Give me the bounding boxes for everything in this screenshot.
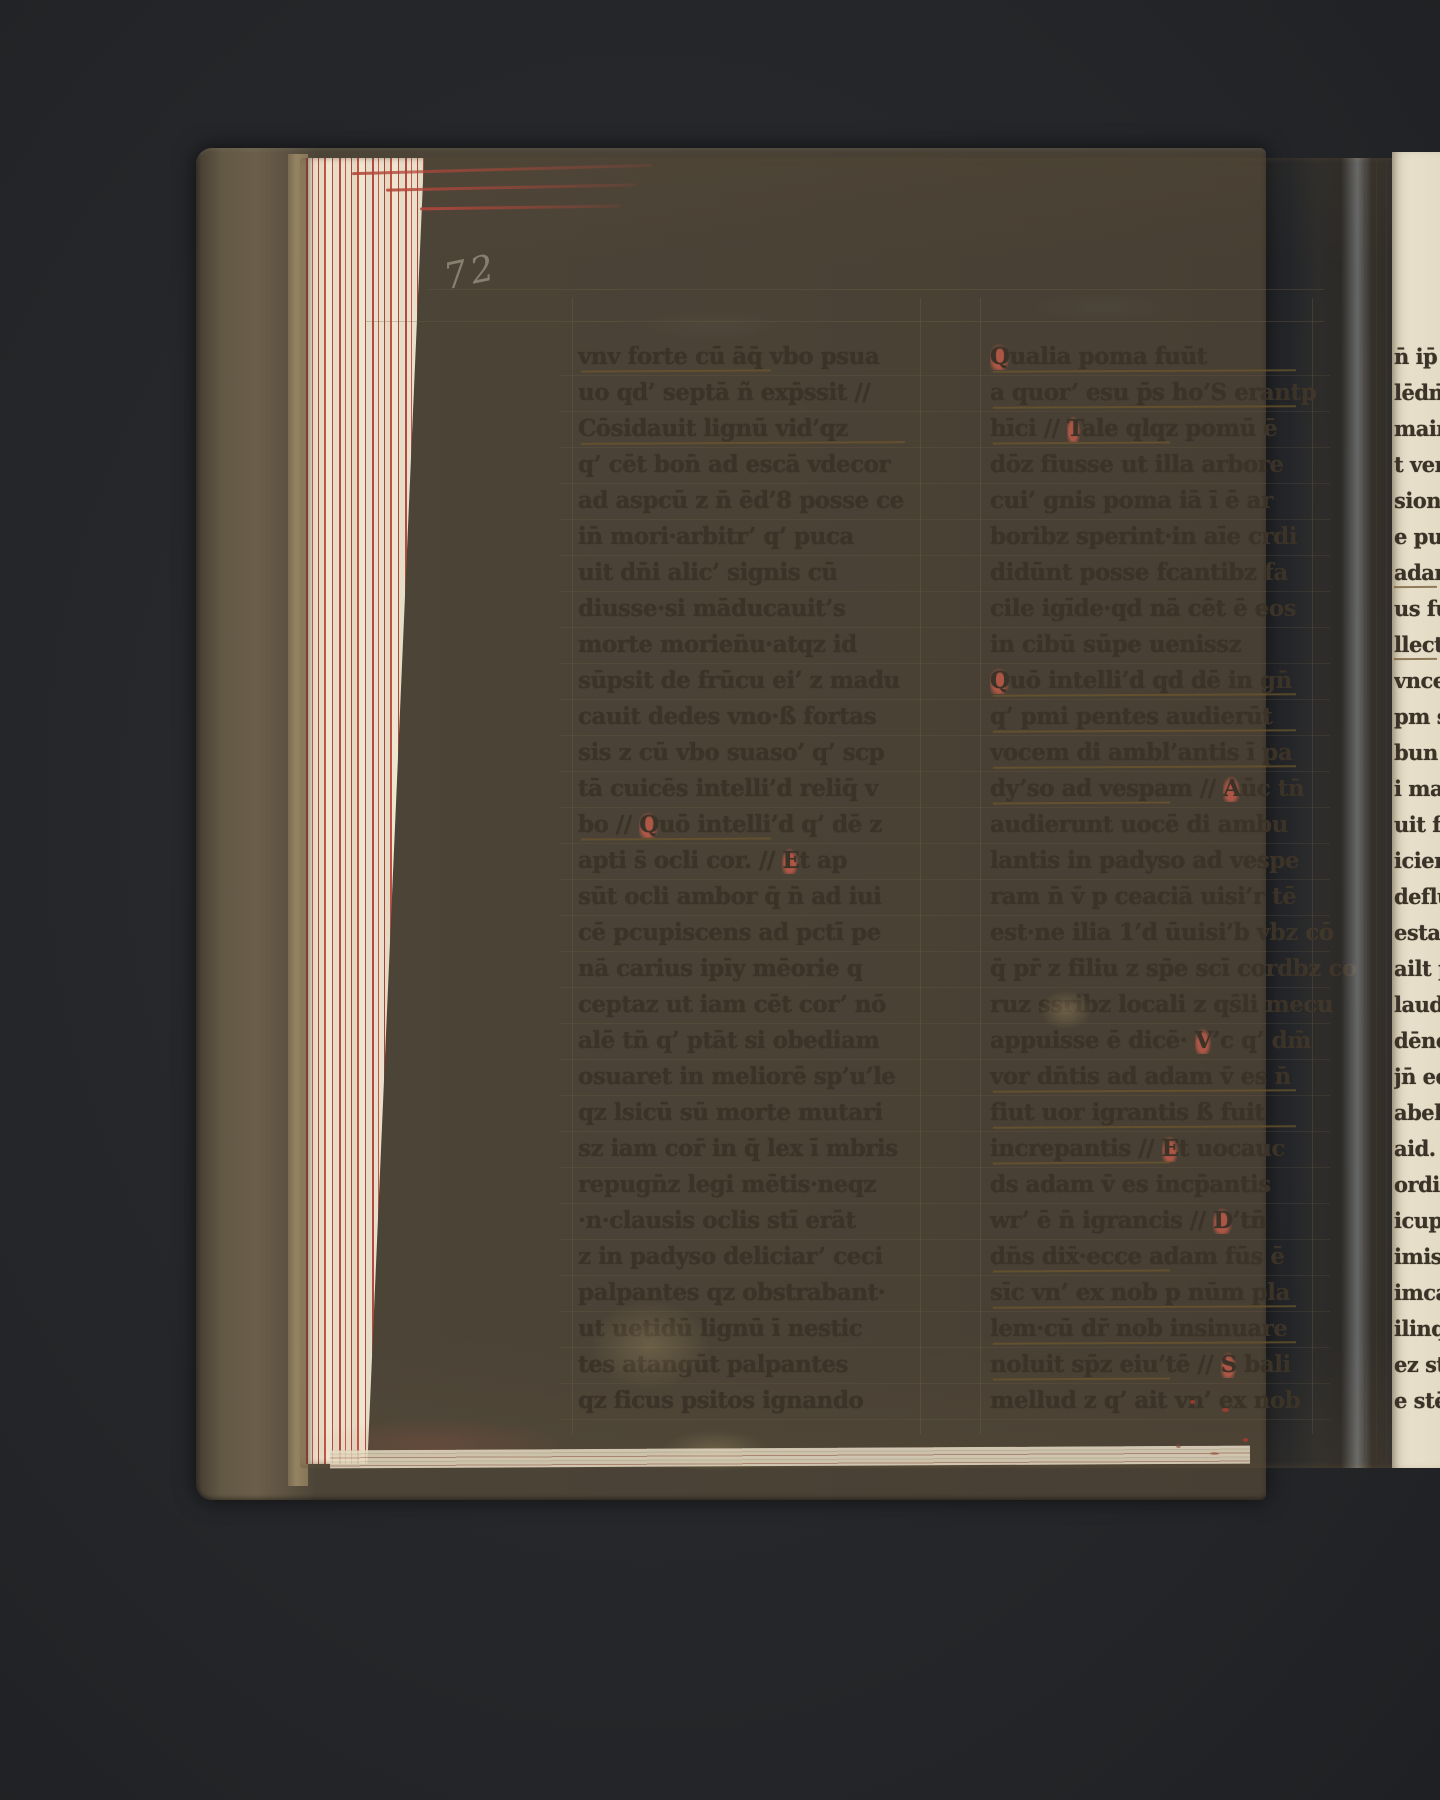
text-line: est·ne ilia 1’d ūuisi’b vbz cō [990,916,1312,952]
text-line: vnce [1394,664,1440,700]
text-line: sz iam cor̄ in q̄ lex ī mbris [578,1132,923,1168]
text-line: abello [1394,1096,1440,1132]
red-edge-mark [1190,1400,1195,1404]
text-line: uo qd’ septā ñ exp̄ssit // [578,376,923,412]
text-line: Qualia poma fuūt [990,340,1312,376]
text-column-right: Qualia poma fuūta quor’ esu p̄s ho’S era… [990,340,1312,1420]
text-line: ez st [1394,1348,1440,1384]
text-line: audierunt uocē di ambu [990,808,1312,844]
text-line: llectu [1394,628,1440,664]
text-line: ailt ph [1394,952,1440,988]
text-line: imis [1394,1240,1440,1276]
text-line: ds adam v̄ es incp̄antis [990,1168,1312,1204]
text-line: ut uetidū lignū ī nestic [578,1312,923,1348]
text-line: tā cuicēs intelli’d reliq̄ v [578,772,923,808]
text-line: estau [1394,916,1440,952]
text-line: ruz ssribz locali z qs̄li mecu [990,988,1312,1024]
text-line: icupie [1394,1204,1440,1240]
text-line: dy’so ad vespam // Aūc tn̄ [990,772,1312,808]
text-line: qz ficus psitos ignando [578,1384,923,1420]
text-line: diusse·si māducauit’s [578,592,923,628]
text-line: vor dn̄tis ad adam v̄ es n̄ [990,1060,1312,1096]
text-line: increpantis // Et uocauc [990,1132,1312,1168]
text-line: lem·cū dr̄ nob insinuare [990,1312,1312,1348]
text-line: ·n·clausis oclis stī erāt [578,1204,923,1240]
leaf-edge-line [1364,162,1365,1462]
text-line: e stē [1394,1384,1440,1420]
text-line: Quō intelli’d qd dē in gn̄ [990,664,1312,700]
ruling-line-vertical [572,298,573,1434]
text-line: noluit sp̄z eiu’tē // S bali [990,1348,1312,1384]
text-line: apti s̄ ocli cor. // Et ap [578,844,923,880]
text-line: t ven [1394,448,1440,484]
text-line: palpantes qz obstrabant· [578,1276,923,1312]
text-line: cui’ gnis poma iā ī ē ar [990,484,1312,520]
ruling-line-horizontal [366,321,1324,322]
text-line: lantis in padyso ad vespe [990,844,1312,880]
text-line: ad aspcū z n̄ ēd’8 posse ce [578,484,923,520]
red-edge-mark [1176,1444,1181,1448]
text-line: hīci // Tale qlqz pomū ē [990,412,1312,448]
red-edge-mark [1243,1438,1248,1442]
text-line: ceptaz ut iam cēt cor’ nō [578,988,923,1024]
text-line: sīc vn’ ex nob p nūm pla [990,1276,1312,1312]
manuscript-photo: 72 vnv forte cū āq̄ vbo psuauo qd’ septā… [0,0,1440,1800]
text-line: sūpsit de frūcu ei’ z madu [578,664,923,700]
text-line: dēne [1394,1024,1440,1060]
text-line: vocem di ambl’antis ī pa [990,736,1312,772]
text-line: Cōsidauit lignū vid’qz [578,412,923,448]
ruling-line-horizontal [428,289,1324,290]
text-line: nā carius ipīy mēorie q [578,952,923,988]
text-line: n̄ ip̄ [1394,340,1440,376]
text-line: cile igīde·qd nā cēt ē eos [990,592,1312,628]
text-line: us fu [1394,592,1440,628]
text-line: iciend [1394,844,1440,880]
text-line: mellud z q’ ait vn’ ex nob [990,1384,1312,1420]
ruling-line-vertical [980,298,981,1434]
leaf-edge-line [1386,162,1387,1462]
leaf-edge-line [1376,162,1377,1462]
text-line: jn̄ ed [1394,1060,1440,1096]
text-line: sionē [1394,484,1440,520]
text-line: fiut uor igrantis ß fuit [990,1096,1312,1132]
text-line: morte morien̄u·atqz id [578,628,923,664]
text-line: laudi [1394,988,1440,1024]
text-line: appuisse ē dicē· V’c q’ dm̄ [990,1024,1312,1060]
text-line: osuaret in meliorē sp’u’le [578,1060,923,1096]
text-line: q’ pmi pentes audierūt [990,700,1312,736]
text-line: pm si [1394,700,1440,736]
text-line: in cibū sūpe uenissz [990,628,1312,664]
text-line: lēdm̄ [1394,376,1440,412]
text-line: ram n̄ v̄ p ceaciā uisi’r tē [990,880,1312,916]
text-line: i mal [1394,772,1440,808]
text-line: tes atangūt palpantes [578,1348,923,1384]
text-line: dn̄s dix̄·ecce adam fūs ē [990,1240,1312,1276]
text-column-left: vnv forte cū āq̄ vbo psuauo qd’ septā ñ … [578,340,923,1420]
text-line: alē tn̄ q’ ptāt si obediam [578,1024,923,1060]
red-edge-mark [1210,1452,1219,1455]
text-line: bo // Quō intelli’d q’ dē z [578,808,923,844]
text-line: uit dn̄i alic’ signis cū [578,556,923,592]
text-line: uit fa [1394,808,1440,844]
text-line: bun [1394,736,1440,772]
text-line: deflue [1394,880,1440,916]
red-edge-mark [1222,1408,1229,1412]
text-line: sūt ocli ambor q̄ n̄ ad iui [578,880,923,916]
text-line: q’ cēt bon̄ ad escā vdecor [578,448,923,484]
text-line: ordis [1394,1168,1440,1204]
text-line: vnv forte cū āq̄ vbo psua [578,340,923,376]
text-line: in̄ mori·arbitr’ q’ puca [578,520,923,556]
facing-page-text: n̄ ip̄lēdm̄maint vensionēe pueadamus ful… [1394,340,1440,1420]
text-line: e pue [1394,520,1440,556]
text-line: aid. z [1394,1132,1440,1168]
text-line: boribz sperint·in aīe crdi [990,520,1312,556]
text-line: ilinqr [1394,1312,1440,1348]
text-line: cauit dedes vno·ß fortas [578,700,923,736]
text-line: imca [1394,1276,1440,1312]
text-line: qz lsicū sū morte mutari [578,1096,923,1132]
text-line: z in padyso deliciar’ ceci [578,1240,923,1276]
text-line: cē pcupiscens ad pctī pe [578,916,923,952]
text-line: q̄ pr̄ z filiu z sp̄e scī cordbz co [990,952,1312,988]
text-line: sis z cū vbo suaso’ q’ scp [578,736,923,772]
text-line: didūnt posse fcantibz fa [990,556,1312,592]
text-line: adam [1394,556,1440,592]
text-line: repugn̄z legi mētis·neqz [578,1168,923,1204]
text-line: a quor’ esu p̄s ho’S erantp [990,376,1312,412]
text-line: wr’ ē n̄ igrancis // D’tn̄ [990,1204,1312,1240]
text-line: main [1394,412,1440,448]
text-line: dōz fiusse ut illa arbore [990,448,1312,484]
